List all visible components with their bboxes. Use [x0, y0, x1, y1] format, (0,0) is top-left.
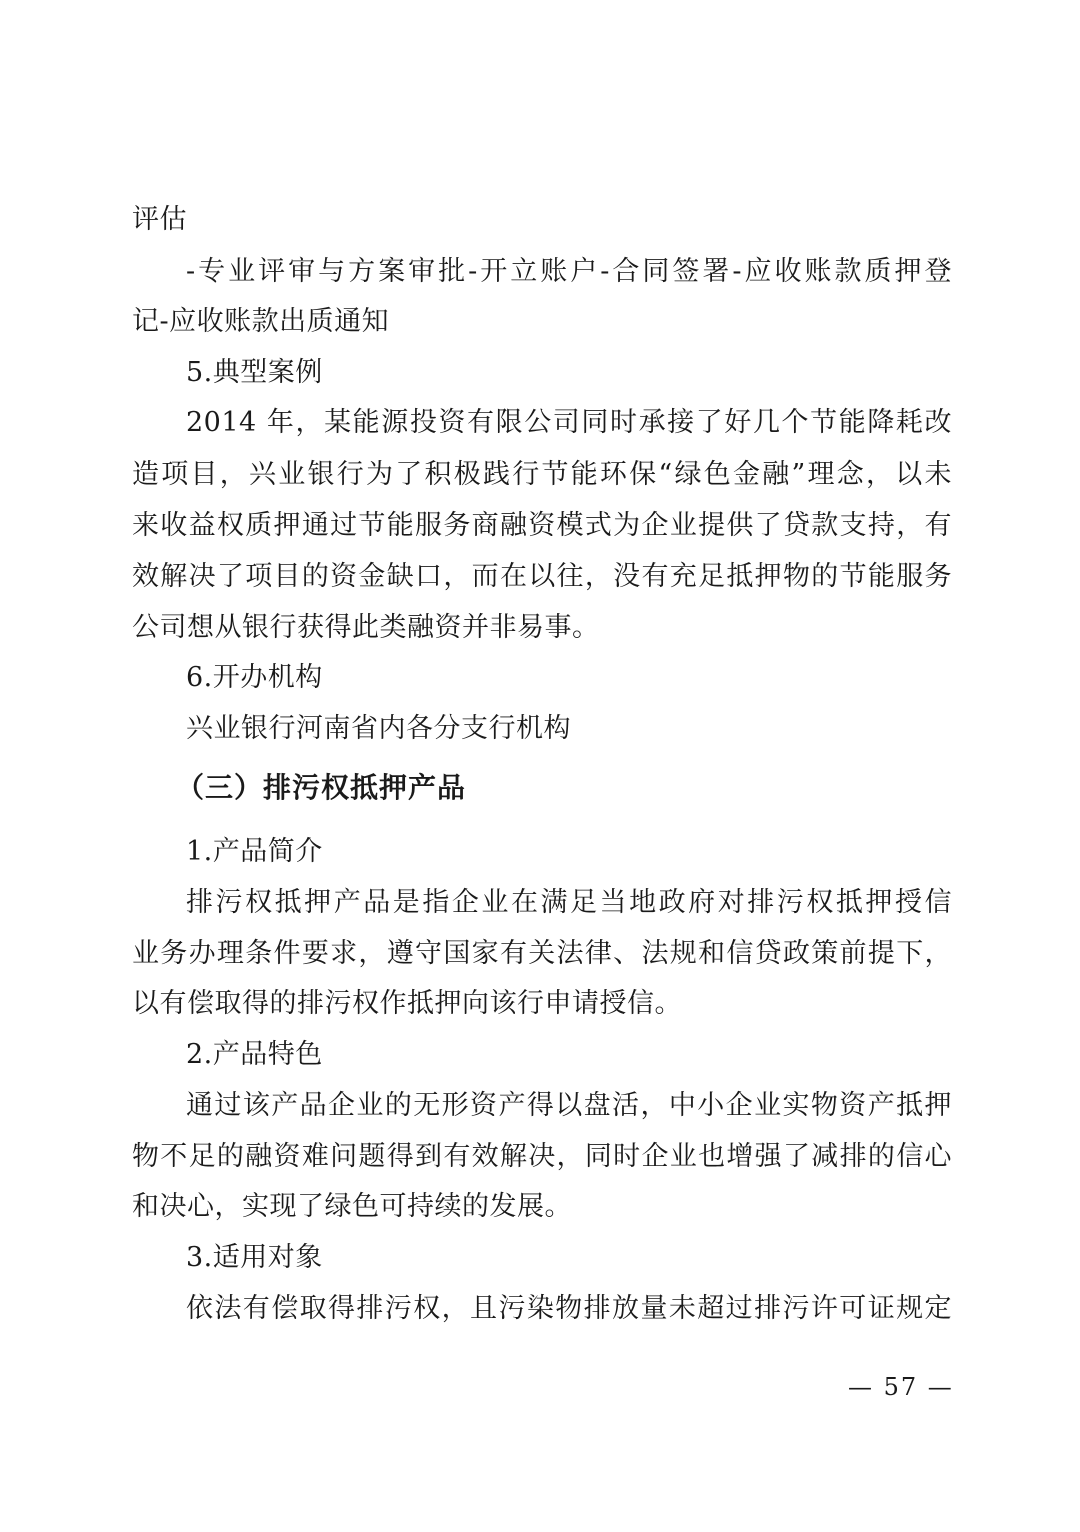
paragraph-line: 业务办理条件要求，遵守国家有关法律、法规和信贷政策前提下， [132, 937, 952, 971]
process-flow-line: -专业评审与方案审批-开立账户-合同签署-应收账款质押登 [186, 255, 952, 289]
paragraph-line: 效解决了项目的资金缺口，而在以往，没有充足抵押物的节能服务 [132, 560, 952, 594]
paragraph-line: 公司想从银行获得此类融资并非易事。 [132, 611, 952, 645]
section-heading-applicable-targets: 3.适用对象 [186, 1241, 952, 1275]
text-line-continuation: 评估 [132, 203, 952, 237]
paragraph-line: 以有偿取得的排污权作抵押向该行申请授信。 [132, 987, 952, 1021]
paragraph-line: 和决心，实现了绿色可持续的发展。 [132, 1190, 952, 1224]
section-heading-institutions: 6.开办机构 [186, 661, 952, 695]
section-heading-typical-case: 5.典型案例 [186, 356, 952, 390]
section-heading-product-intro: 1.产品简介 [186, 835, 952, 869]
paragraph-line: 2014 年，某能源投资有限公司同时承接了好几个节能降耗改 [186, 406, 952, 440]
document-page: 评估 -专业评审与方案审批-开立账户-合同签署-应收账款质押登 记-应收账款出质… [0, 0, 1080, 1532]
paragraph-line: 来收益权质押通过节能服务商融资模式为企业提供了贷款支持，有 [132, 509, 952, 543]
paragraph-line: 依法有偿取得排污权，且污染物排放量未超过排污许可证规定 [186, 1292, 952, 1326]
paragraph-line: 通过该产品企业的无形资产得以盘活，中小企业实物资产抵押 [186, 1089, 952, 1123]
process-flow-line: 记-应收账款出质通知 [132, 305, 952, 339]
paragraph-line: 物不足的融资难问题得到有效解决，同时企业也增强了减排的信心 [132, 1140, 952, 1174]
page-number: — 57 — [848, 1372, 954, 1402]
chapter-heading-emission-rights: （三）排污权抵押产品 [176, 770, 466, 806]
section-heading-product-features: 2.产品特色 [186, 1038, 952, 1072]
paragraph-line: 兴业银行河南省内各分支行机构 [186, 712, 952, 746]
paragraph-line: 排污权抵押产品是指企业在满足当地政府对排污权抵押授信 [186, 886, 952, 920]
paragraph-line: 造项目，兴业银行为了积极践行节能环保“绿色金融”理念，以未 [132, 458, 952, 492]
